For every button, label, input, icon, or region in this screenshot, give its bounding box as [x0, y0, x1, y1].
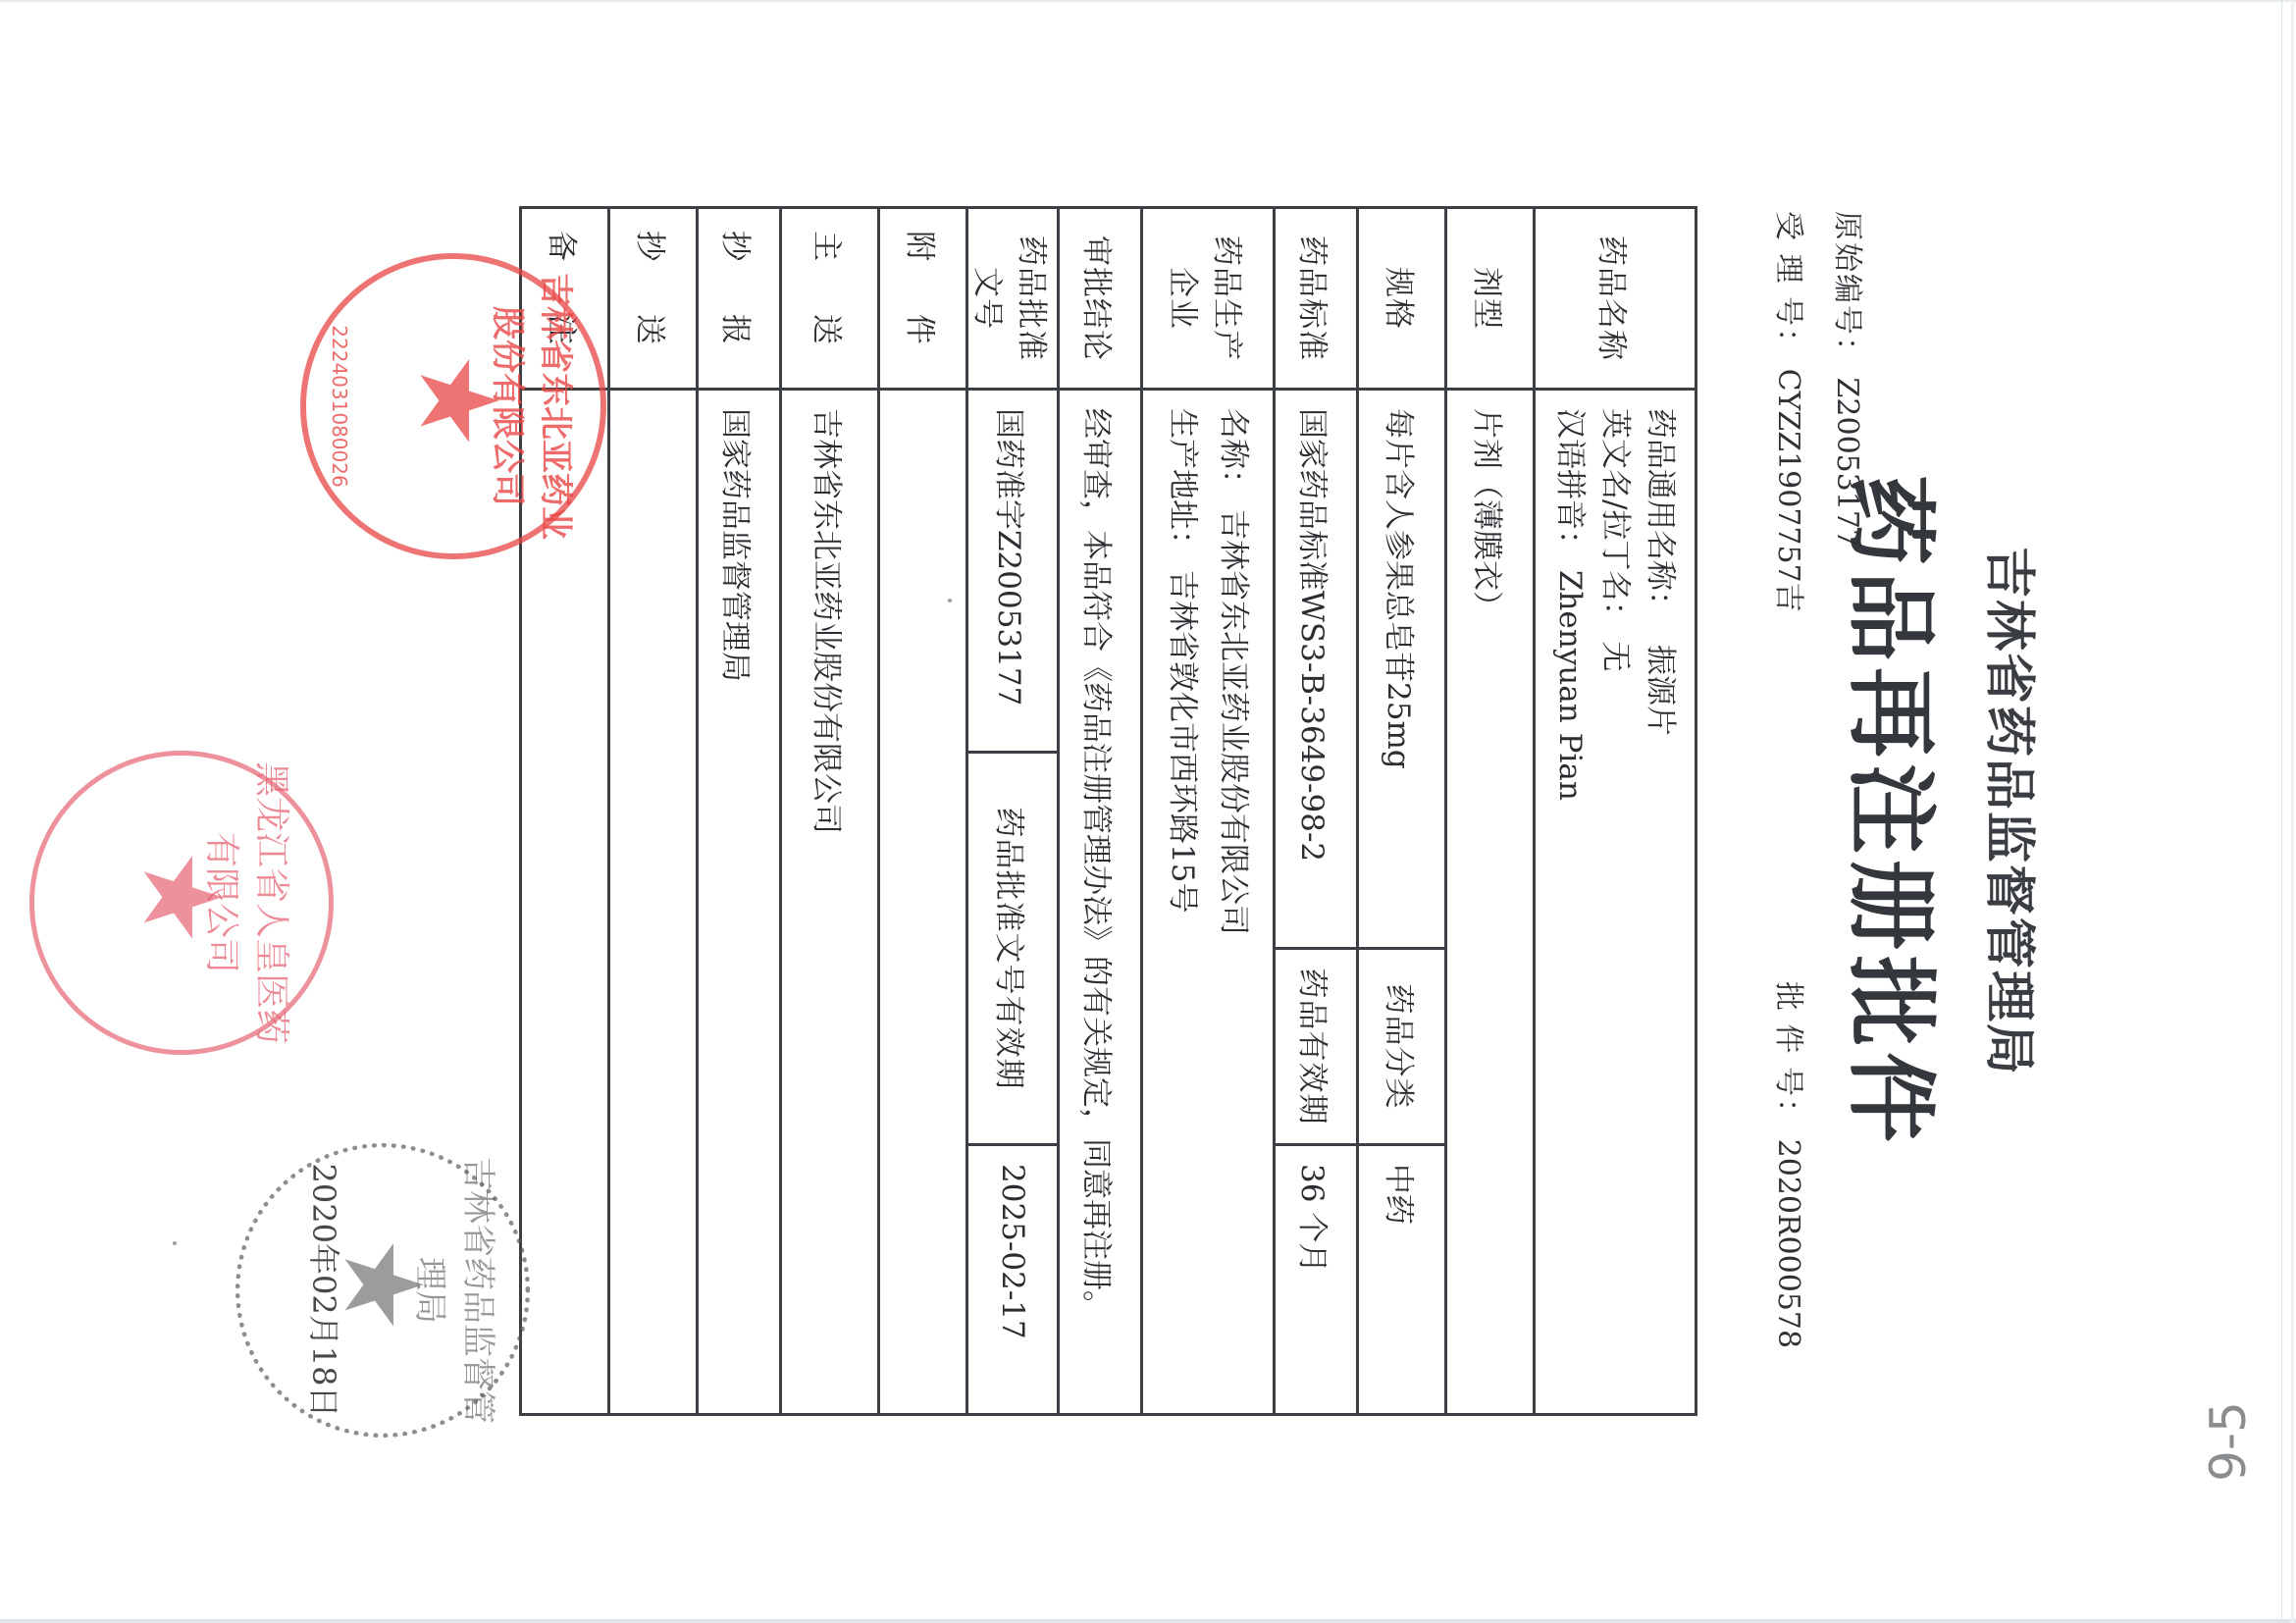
approval-number-value: 2020R000578 [1771, 1139, 1805, 1348]
original-number-label: 原始编号： [1830, 211, 1864, 368]
scan-artifact [173, 1241, 177, 1245]
issuing-organization: 吉林省药品监督管理局 [1977, 0, 2051, 1623]
attachment-value [879, 390, 967, 1415]
star-icon: ★ [404, 352, 512, 449]
row-approval-doc: 药品批准文号 国药准字Z20053177 药品批准文号有效期 2025-02-1… [967, 208, 1059, 1415]
row-report-to: 抄 报 国家药品监督管理局 [698, 208, 781, 1415]
official-seal: 吉林省药品监督管理局 ★ 2020年02月18日 [235, 1143, 530, 1438]
approval-document-page: 吉林省药品监督管理局 药品再注册批件 原始编号： Z20053177 受 理 号… [0, 0, 2296, 1623]
shelf-life-label: 药品有效期 [1275, 949, 1358, 1145]
approval-validity-value: 2025-02-17 [967, 1145, 1059, 1415]
acceptance-number-value: CYZZ1907757吉 [1771, 369, 1805, 612]
approval-doc-label: 药品批准文号 [967, 208, 1059, 390]
generic-name-line: 药品通用名称：振源片 [1638, 408, 1683, 1395]
shelf-life-value: 36 个月 [1275, 1145, 1358, 1415]
approval-number: 批 件 号： 2020R000578 [1770, 981, 1813, 1348]
approval-details-table: 药品名称 药品通用名称：振源片 英文名/拉丁名：无 汉语拼音：Zhenyuan … [519, 206, 1697, 1416]
drug-name-label: 药品名称 [1535, 208, 1696, 390]
row-conclusion: 审批结论 经审查，本品符合《药品注册管理办法》的有关规定，同意再注册。 [1059, 208, 1142, 1415]
english-name-line: 英文名/拉丁名：无 [1592, 408, 1638, 1395]
star-icon: ★ [329, 1236, 437, 1334]
row-remarks: 备 注 [521, 208, 609, 1415]
remarks-label: 备 注 [521, 208, 609, 390]
scan-artifact [948, 599, 952, 602]
english-name-label: 英文名/拉丁名： [1597, 408, 1633, 631]
acceptance-number-label: 受 理 号： [1771, 211, 1805, 359]
row-copy-to: 抄 送 [609, 208, 698, 1415]
generic-name-label: 药品通用名称： [1643, 408, 1678, 621]
row-standard: 药品标准 国家药品标准WS3-B-3649-98-2 药品有效期 36 个月 [1275, 208, 1358, 1415]
main-recipient-value: 吉林省东北亚药业股份有限公司 [781, 390, 879, 1415]
official-seal-text: 吉林省药品监督管理局 [409, 1148, 505, 1433]
drug-category-label: 药品分类 [1358, 949, 1446, 1145]
acceptance-number: 受 理 号： CYZZ1907757吉 [1770, 211, 1813, 612]
manufacturer-address-line: 生产地址：吉林省敦化市西环路15号 [1157, 408, 1208, 1395]
pinyin-label: 汉语拼音： [1552, 408, 1588, 560]
pinyin-line: 汉语拼音：Zhenyuan Pian [1547, 408, 1592, 1395]
manufacturer-cell: 名称：吉林省东北亚药业股份有限公司 生产地址：吉林省敦化市西环路15号 [1142, 390, 1275, 1415]
manufacturer-name-label: 名称： [1216, 408, 1251, 499]
star-icon: ★ [128, 849, 235, 946]
manufacturer-name-line: 名称：吉林省东北亚药业股份有限公司 [1208, 408, 1259, 1395]
row-manufacturer: 药品生产企业 名称：吉林省东北亚药业股份有限公司 生产地址：吉林省敦化市西环路1… [1142, 208, 1275, 1415]
approval-doc-value: 国药准字Z20053177 [967, 390, 1059, 753]
drug-name-cell: 药品通用名称：振源片 英文名/拉丁名：无 汉语拼音：Zhenyuan Pian [1535, 390, 1696, 1415]
generic-name-value: 振源片 [1643, 645, 1678, 736]
standard-label: 药品标准 [1275, 208, 1358, 390]
english-name-value: 无 [1597, 641, 1633, 671]
handwritten-page-note: 9-5 [2200, 1401, 2257, 1482]
copy-to-value [609, 390, 698, 1415]
drug-category-value: 中药 [1358, 1145, 1446, 1415]
row-dosage-form: 剂型 片剂（薄膜衣） [1446, 208, 1535, 1415]
pinyin-value: Zhenyuan Pian [1552, 570, 1588, 801]
standard-value: 国家药品标准WS3-B-3649-98-2 [1275, 390, 1358, 949]
conclusion-value: 经审查，本品符合《药品注册管理办法》的有关规定，同意再注册。 [1059, 390, 1142, 1415]
manufacturer-address-value: 吉林省敦化市西环路15号 [1165, 570, 1200, 913]
manufacturer-label: 药品生产企业 [1142, 208, 1275, 390]
copy-to-label: 抄 送 [609, 208, 698, 390]
manufacturer-name-value: 吉林省东北亚药业股份有限公司 [1216, 509, 1251, 935]
pharma-company-seal: 黑龙江省人皇医药有限公司 ★ [29, 751, 334, 1055]
specification-value: 每片含人参果总皂苷25mg [1358, 390, 1446, 949]
attachment-label: 附 件 [879, 208, 967, 390]
manufacturer-address-label: 生产地址： [1165, 408, 1200, 560]
original-number: 原始编号： Z20053177 [1829, 211, 1872, 548]
row-main-recipient: 主 送 吉林省东北亚药业股份有限公司 [781, 208, 879, 1415]
specification-label: 规格 [1358, 208, 1446, 390]
dosage-form-value: 片剂（薄膜衣） [1446, 390, 1535, 1415]
seal-date: 2020年02月18日 [303, 1148, 348, 1433]
company-seal-code: 2224031080026 [328, 259, 351, 553]
original-number-value: Z20053177 [1830, 378, 1864, 549]
row-drug-name: 药品名称 药品通用名称：振源片 英文名/拉丁名：无 汉语拼音：Zhenyuan … [1535, 208, 1696, 1415]
conclusion-label: 审批结论 [1059, 208, 1142, 390]
dosage-form-label: 剂型 [1446, 208, 1535, 390]
pharma-seal-text: 黑龙江省人皇医药有限公司 [199, 756, 299, 1050]
row-attachment: 附 件 [879, 208, 967, 1415]
report-to-label: 抄 报 [698, 208, 781, 390]
approval-number-label: 批 件 号： [1771, 981, 1805, 1129]
approval-validity-label: 药品批准文号有效期 [967, 753, 1059, 1145]
row-specification: 规格 每片含人参果总皂苷25mg 药品分类 中药 [1358, 208, 1446, 1415]
report-to-value: 国家药品监督管理局 [698, 390, 781, 1415]
main-recipient-label: 主 送 [781, 208, 879, 390]
remarks-value [521, 390, 609, 1415]
